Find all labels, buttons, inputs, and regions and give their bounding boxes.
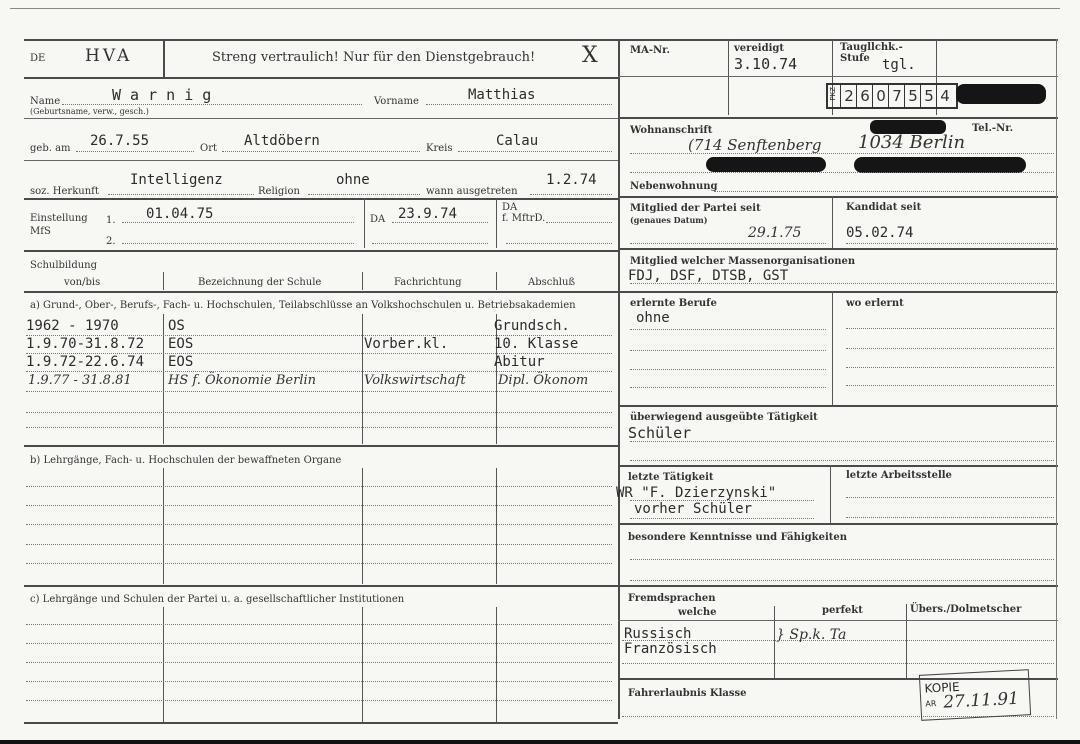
ort-label: Ort — [200, 143, 217, 154]
rule — [26, 700, 612, 701]
berufe-label: erlernte Berufe — [630, 298, 717, 309]
rule — [26, 486, 612, 487]
fach-cell: Vorber.kl. — [364, 336, 448, 352]
geb-value: 26.7.55 — [90, 133, 149, 149]
stamp-sub: AR — [925, 699, 936, 709]
pkz-digit: 4 — [936, 85, 953, 107]
pkz-digit: 5 — [920, 85, 937, 107]
rule — [24, 198, 618, 200]
von-bis-cell: 1.9.70-31.8.72 — [26, 336, 144, 352]
rule — [630, 580, 1054, 581]
rule — [546, 222, 612, 223]
rule — [26, 412, 612, 413]
pkz-digit: 7 — [888, 85, 905, 107]
rule — [832, 196, 833, 248]
rule — [774, 606, 775, 678]
rule — [630, 518, 814, 519]
abschluss-cell: 10. Klasse — [494, 336, 578, 352]
partei-sublabel: (genaues Datum) — [630, 215, 708, 225]
fs-col-dolmetscher: Übers./Dolmetscher — [910, 604, 1021, 615]
name-value: W a r n i g — [112, 86, 211, 104]
rule — [26, 662, 612, 663]
pkz-label: PKZ — [829, 87, 837, 101]
tauglich-label1: Taugllchk.- — [840, 42, 903, 53]
fahrerlaubnis-label: Fahrerlaubnis Klasse — [628, 688, 747, 699]
ausgetreten-value: 1.2.74 — [546, 172, 597, 188]
rule — [618, 117, 1058, 119]
kandidat-label: Kandidat seit — [846, 202, 921, 213]
fs-col-welche: welche — [678, 607, 717, 618]
bottom-edge — [0, 740, 1080, 744]
berufe-value: ohne — [636, 310, 670, 326]
wohnanschrift-value1: (714 Senftenberg — [688, 136, 821, 154]
rule — [846, 497, 1054, 498]
rule — [630, 369, 826, 370]
herkunft-label: soz. Herkunft — [30, 186, 99, 197]
rule — [530, 194, 612, 195]
rule — [906, 604, 907, 678]
rule — [630, 243, 826, 244]
rule — [62, 104, 362, 105]
rule — [24, 160, 618, 161]
rule — [163, 272, 164, 290]
rule — [496, 272, 497, 290]
tauglich-value: tgl. — [882, 57, 916, 73]
fach-cell: Volkswirtschaft — [364, 373, 466, 388]
rule — [26, 505, 612, 506]
rule — [846, 328, 1054, 329]
top-border — [24, 39, 1058, 41]
redaction-pkz — [956, 84, 1046, 104]
nebenwohnung-label: Nebenwohnung — [630, 181, 717, 192]
rule — [108, 194, 254, 195]
von-bis-cell: 1962 - 1970 — [26, 318, 119, 334]
letzte-taetigkeit-value1: WR "F. Dzierzynski" — [616, 485, 776, 501]
rule — [24, 722, 618, 724]
einstellung-row1-value: 01.04.75 — [146, 206, 213, 222]
rule — [222, 151, 420, 152]
von-bis-cell: 1.9.77 - 31.8.81 — [28, 373, 132, 388]
pkz-box: PKZ 2 6 0 7 5 5 4 — [826, 83, 958, 109]
einstellung-row2-num: 2. — [106, 236, 116, 247]
col-fachrichtung: Fachrichtung — [394, 277, 462, 288]
redaction-address1 — [706, 157, 826, 172]
rule — [392, 222, 488, 223]
rule — [630, 329, 826, 330]
rule — [630, 559, 1054, 560]
rule — [630, 441, 1054, 442]
rule — [76, 151, 194, 152]
fremdsprachen-label: Fremdsprachen — [628, 593, 716, 604]
ma-nr-label: MA-Nr. — [630, 45, 670, 56]
stamp-handwriting: 27.11.91 — [943, 689, 1020, 713]
vereidigt-label: vereidigt — [734, 43, 784, 54]
rule — [26, 427, 612, 428]
einstellung-label: Einstellung — [30, 213, 88, 224]
rule — [846, 348, 1054, 349]
taetigkeit-value: Schüler — [628, 424, 691, 442]
rule — [832, 291, 833, 405]
language-franzoesisch: Französisch — [624, 641, 717, 657]
letzte-taetigkeit-label: letzte Tätigkeit — [628, 472, 714, 483]
wohnanschrift-label: Wohnanschrift — [630, 125, 712, 136]
rule — [496, 198, 497, 248]
tel-label: Tel.-Nr. — [972, 123, 1013, 134]
arbeitsstelle-label: letzte Arbeitsstelle — [846, 470, 952, 481]
pkz-digit: 6 — [856, 85, 873, 107]
rule — [26, 371, 612, 372]
de-label: DE — [30, 53, 45, 64]
ausgetreten-label: wann ausgetreten — [426, 186, 518, 197]
de-value: HVA — [85, 46, 132, 66]
rule — [364, 198, 365, 248]
rule — [26, 524, 612, 525]
rule — [24, 445, 618, 447]
rule — [630, 283, 1054, 284]
rule — [24, 77, 618, 79]
kopie-stamp: KOPIE AR 27.11.91 — [919, 669, 1031, 721]
rule — [630, 387, 826, 388]
col-schule: Bezeichnung der Schule — [198, 277, 321, 288]
abschluss-cell: Grundsch. — [494, 318, 570, 334]
rule — [618, 196, 1058, 198]
rule — [24, 118, 618, 119]
rule — [308, 194, 420, 195]
section-c-title: c) Lehrgänge und Schulen der Partei u. a… — [30, 594, 404, 605]
religion-value: ohne — [336, 172, 370, 188]
rule — [630, 153, 1054, 154]
rule — [622, 663, 1054, 664]
abschluss-cell: Abitur — [494, 354, 545, 370]
rule — [362, 272, 363, 290]
rule — [163, 314, 164, 444]
center-divider — [618, 39, 620, 719]
kreis-value: Calau — [496, 133, 538, 149]
schule-cell: EOS — [168, 336, 193, 352]
fs-col-perfekt: perfekt — [822, 605, 863, 616]
da-label: DA — [370, 214, 385, 225]
name-sublabel: (Geburtsname, verw., gesch.) — [30, 107, 149, 116]
rule — [122, 243, 354, 244]
abschluss-cell: Dipl. Ökonom — [498, 373, 588, 388]
rule — [846, 517, 1054, 518]
herkunft-value: Intelligenz — [130, 172, 223, 188]
col-abschluss: Abschluß — [528, 277, 575, 288]
rule — [630, 172, 1054, 173]
massen-label: Mitglied welcher Massenorganisationen — [630, 256, 855, 267]
kandidat-value: 05.02.74 — [846, 225, 913, 241]
rule — [714, 191, 1054, 192]
rule — [26, 391, 612, 392]
letzte-taetigkeit-value2: vorher Schüler — [634, 501, 752, 517]
de-divider — [163, 39, 165, 77]
rule — [372, 243, 488, 244]
ort-value: Altdöbern — [244, 133, 320, 149]
rule — [618, 405, 1058, 407]
kreis-label: Kreis — [426, 143, 453, 154]
pkz-digit: 5 — [904, 85, 921, 107]
rule — [618, 465, 1058, 467]
schule-cell: EOS — [168, 354, 193, 370]
rule — [618, 291, 1058, 293]
rule — [830, 465, 831, 523]
vorname-label: Vorname — [374, 96, 419, 107]
da-value: 23.9.74 — [398, 206, 457, 222]
classification-mark: X — [582, 43, 598, 68]
section-b-title: b) Lehrgänge, Fach- u. Hochschulen der b… — [30, 455, 341, 466]
schulbildung-title: Schulbildung — [30, 260, 97, 271]
pkz-digit: 0 — [872, 85, 889, 107]
name-label: Name — [30, 96, 60, 107]
rule — [26, 544, 612, 545]
rule — [24, 585, 618, 587]
einstellung-sublabel: MfS — [30, 226, 51, 237]
col-von-bis: von/bis — [64, 277, 100, 288]
geb-label: geb. am — [30, 143, 71, 154]
rule — [622, 640, 1054, 641]
pkz-digit: 2 — [840, 85, 857, 107]
rule — [26, 563, 612, 564]
right-border — [1056, 39, 1057, 719]
scan-edge-line — [10, 8, 1060, 9]
rule — [26, 624, 612, 625]
personnel-record-form: DE HVA Streng vertraulich! Nur für den D… — [0, 0, 1080, 744]
redaction-address2 — [854, 157, 1026, 173]
rule — [122, 222, 354, 223]
rule — [506, 243, 612, 244]
von-bis-cell: 1.9.72-22.6.74 — [26, 354, 144, 370]
rule — [728, 39, 729, 115]
rule — [24, 291, 618, 293]
taetigkeit-label: überwiegend ausgeübte Tätigkeit — [630, 412, 818, 423]
rule — [618, 76, 1058, 77]
rule — [846, 367, 1054, 368]
kenntnisse-label: besondere Kenntnisse und Fähigkeiten — [628, 532, 847, 543]
classification-text: Streng vertraulich! Nur für den Dienstge… — [212, 50, 535, 65]
rule — [26, 643, 612, 644]
rule — [458, 151, 612, 152]
rule — [846, 243, 1054, 244]
religion-label: Religion — [258, 186, 300, 197]
tauglich-label2: Stufe — [840, 53, 870, 64]
vorname-value: Matthias — [468, 87, 535, 103]
rule — [618, 620, 1058, 621]
rule — [618, 523, 1058, 525]
schule-cell: OS — [168, 318, 185, 334]
rule — [618, 248, 1058, 250]
vereidigt-value: 3.10.74 — [734, 55, 797, 73]
partei-label: Mitglied der Partei seit — [630, 203, 761, 214]
da-mftrd-label2: f. MftrD. — [502, 213, 545, 224]
rule — [426, 104, 612, 105]
rule — [362, 314, 363, 444]
wohnanschrift-value2: 1034 Berlin — [858, 132, 965, 153]
rule — [846, 385, 1054, 386]
rule — [26, 681, 612, 682]
rule — [630, 460, 1054, 461]
schule-cell: HS f. Ökonomie Berlin — [168, 373, 316, 388]
rule — [618, 585, 1058, 587]
massen-value: FDJ, DSF, DTSB, GST — [628, 268, 788, 284]
rule — [630, 350, 826, 351]
wo-erlernt-label: wo erlernt — [846, 298, 904, 309]
da-mftrd-label1: DA — [502, 202, 517, 213]
partei-value: 29.1.75 — [748, 225, 801, 241]
section-a-title: a) Grund-, Ober-, Berufs-, Fach- u. Hoch… — [30, 300, 576, 311]
rule — [24, 250, 618, 252]
einstellung-row1-num: 1. — [106, 215, 116, 226]
